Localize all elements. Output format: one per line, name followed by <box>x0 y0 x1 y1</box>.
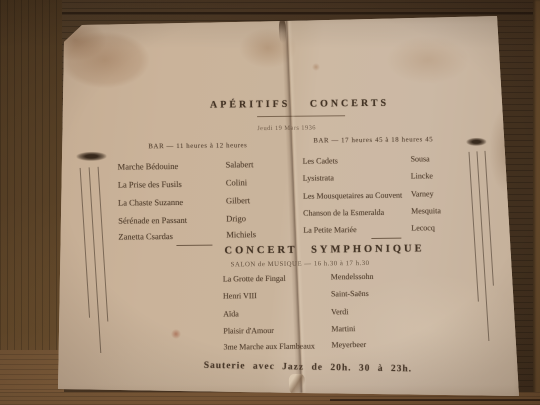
section-divider-left <box>176 245 212 246</box>
piece-title: Chanson de la Esmeralda <box>303 208 384 218</box>
wood-plank-left <box>0 0 62 405</box>
piece-title: Zanetta Csardas <box>118 231 173 242</box>
piece-row: Chanson de la Esmeralda Mesquita <box>303 206 513 220</box>
piece-row: Les Cadets Sousa <box>303 154 513 168</box>
piece-composer: Mendelssohn <box>331 272 374 281</box>
piece-row: Lysistrata Lincke <box>303 171 513 185</box>
piece-composer: Gilbert <box>226 195 250 205</box>
piece-title: Plaisir d'Amour <box>223 326 274 336</box>
printed-content: APÉRITIFS CONCERTS Jeudi 19 Mars 1936 BA… <box>0 0 540 405</box>
piece-title: Lysistrata <box>303 173 334 182</box>
piece-row: Henri VIII Saint-Saëns <box>223 289 433 303</box>
fleuron-icon <box>76 152 106 161</box>
piece-composer: Colini <box>226 177 247 187</box>
concert-section-title: CONCERT SYMPHONIQUE <box>224 243 424 256</box>
fleuron-icon <box>466 138 486 146</box>
piece-title: Les Mousquetaires au Couvent <box>303 191 402 201</box>
piece-composer: Mesquita <box>411 206 441 215</box>
decorative-lines-left <box>80 167 100 168</box>
piece-composer: Verdi <box>331 307 348 316</box>
piece-composer: Lecocq <box>411 223 435 232</box>
piece-composer: Michiels <box>226 229 256 239</box>
fold-tear-bottom <box>289 374 306 395</box>
piece-title: La Chaste Suzanne <box>118 197 183 208</box>
program-paper: APÉRITIFS CONCERTS Jeudi 19 Mars 1936 BA… <box>0 0 540 405</box>
section-divider-right <box>371 238 401 239</box>
piece-title: Marche Bédouine <box>118 161 179 172</box>
program-title: APÉRITIFS CONCERTS <box>210 98 389 111</box>
piece-composer: Varney <box>411 189 434 198</box>
piece-title: Aïda <box>223 309 239 318</box>
piece-title: Les Cadets <box>303 156 338 165</box>
decorative-lines-right <box>468 151 488 152</box>
piece-title: La Petite Mariée <box>303 225 356 235</box>
fold-tear-top <box>279 19 287 43</box>
photo-of-concert-program: APÉRITIFS CONCERTS Jeudi 19 Mars 1936 BA… <box>0 0 540 405</box>
piece-title: Sérénade en Passant <box>118 215 187 226</box>
piece-composer: Saint-Saëns <box>331 289 369 298</box>
title-underline <box>257 115 345 117</box>
piece-composer: Lincke <box>411 171 433 180</box>
piece-title: Henri VIII <box>223 291 257 300</box>
piece-row: Aïda Verdi <box>223 307 433 321</box>
piece-row: La Grotte de Fingal Mendelssohn <box>223 272 433 286</box>
footer-note: Sauterie avec Jazz de 20h. 30 à 23h. <box>204 361 412 375</box>
piece-composer: Meyerbeer <box>331 340 366 349</box>
wood-plank-seam-top <box>0 12 540 14</box>
bar-morning-header: BAR — 11 heures à 12 heures <box>148 142 247 150</box>
piece-title: La Prise des Fusils <box>118 179 182 190</box>
piece-row: Les Mousquetaires au Couvent Varney <box>303 189 513 203</box>
piece-composer: Drigo <box>226 213 246 223</box>
piece-row: 3me Marche aux Flambeaux Meyerbeer <box>223 340 433 354</box>
wood-plank-right-edge <box>533 0 540 405</box>
piece-row: La Petite Mariée Lecocq <box>303 223 513 237</box>
wood-plank-seam-bottom <box>330 399 540 401</box>
piece-title: La Grotte de Fingal <box>223 274 286 284</box>
piece-row: Plaisir d'Amour Martini <box>223 324 433 338</box>
piece-composer: Martini <box>331 324 355 333</box>
piece-composer: Salabert <box>226 159 254 169</box>
piece-composer: Sousa <box>411 154 430 163</box>
bar-evening-header: BAR — 17 heures 45 à 18 heures 45 <box>313 136 433 144</box>
